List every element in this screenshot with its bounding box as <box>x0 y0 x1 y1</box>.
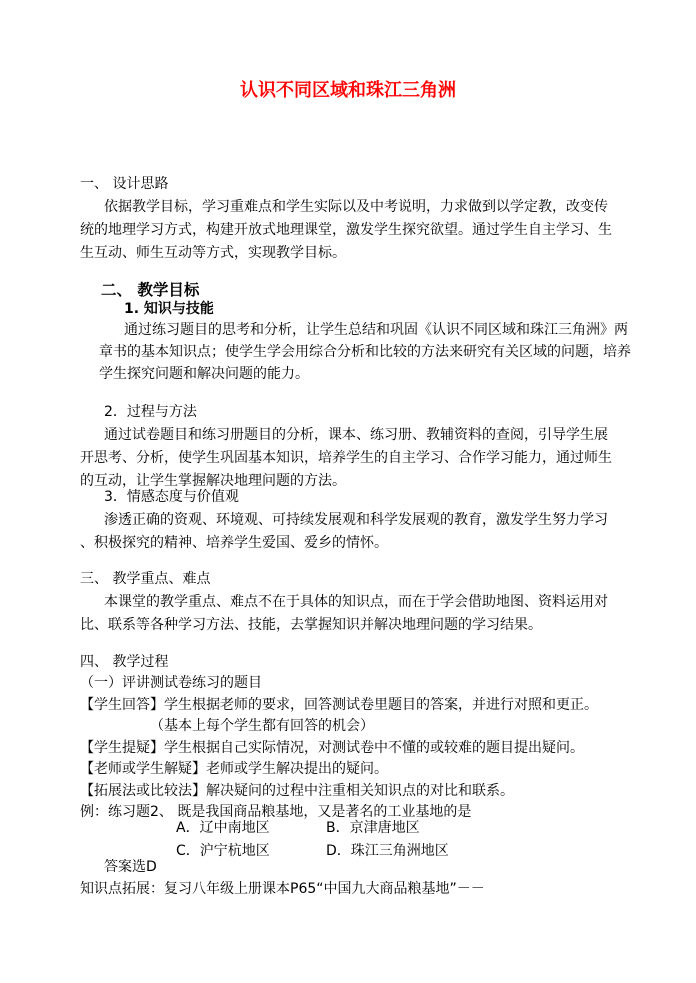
answer-line: 答案选D <box>104 856 157 879</box>
section-2-sub2-heading: 2．过程与方法 <box>104 401 197 424</box>
section-4-line-4: 【老师或学生解疑】老师或学生解决提出的疑问。 <box>80 758 388 781</box>
section-2-sub1-line-3: 学生探究问题和解决问题的能力。 <box>99 363 309 386</box>
document-page: 认识不同区域和珠江三角洲 一、 设计思路 依据教学目标，学习重难点和学生实际以及… <box>0 0 696 983</box>
option-a: A．辽中南地区 <box>176 817 270 837</box>
section-2-sub1-line-1: 通过练习题目的思考和分析，让学生总结和巩固《认识不同区域和珠江三角洲》两 <box>124 319 628 342</box>
section-1-heading: 一、 设计思路 <box>80 173 168 196</box>
knowledge-extension: 知识点拓展：复习八年级上册课本P65“中国九大商品粮基地”－－ <box>80 878 485 901</box>
section-4-line-3: 【学生提疑】学生根据自己实际情况，对测试卷中不懂的或较难的题目提出疑问。 <box>80 737 584 760</box>
option-d: D．珠江三角洲地区 <box>326 840 449 860</box>
option-b: B．京津唐地区 <box>326 817 420 837</box>
section-4-heading: 四、 教学过程 <box>80 651 168 674</box>
section-3-heading: 三、 教学重点、难点 <box>80 568 210 591</box>
section-4-line-2: （基本上每个学生都有回答的机会） <box>150 715 374 738</box>
section-4-line-5: 【拓展法或比较法】解决疑问的过程中注重相关知识点的对比和联系。 <box>80 780 514 803</box>
section-2-sub3-heading: 3．情感态度与价值观 <box>104 486 239 509</box>
section-1-line-2: 统的地理学习方式，构建开放式地理课堂，激发学生探究欲望。通过学生自主学习、生 <box>80 219 612 242</box>
section-1-line-1: 依据教学目标，学习重难点和学生实际以及中考说明，力求做到以学定教，改变传 <box>104 196 608 219</box>
section-4-line-1: 【学生回答】学生根据老师的要求，回答测试卷里题目的答案，并进行对照和更正。 <box>80 694 598 717</box>
section-3-line-2: 比、联系等各种学习方法、技能，去掌握知识并解决地理问题的学习结果。 <box>80 614 542 637</box>
section-1-line-3: 生互动、师生互动等方式，实现教学目标。 <box>80 242 346 265</box>
section-2-sub3-line-2: 、积极探究的精神、培养学生爱国、爱乡的情怀。 <box>80 532 388 555</box>
document-title: 认识不同区域和珠江三角洲 <box>0 76 696 102</box>
section-2-sub1-heading: 1. 知识与技能 <box>124 298 214 321</box>
section-4-sub1-heading: （一）评讲测试卷练习的题目 <box>80 672 262 695</box>
option-c: C．沪宁杭地区 <box>176 840 270 860</box>
section-2-sub2-line-2: 开思考、分析，使学生巩固基本知识，培养学生的自主学习、合作学习能力，通过师生 <box>80 447 612 470</box>
section-2-sub1-line-2: 章书的基本知识点；使学生学会用综合分析和比较的方法来研究有关区域的问题，培养 <box>99 341 631 364</box>
section-2-sub2-line-1: 通过试卷题目和练习册题目的分析，课本、练习册、教辅资料的查阅，引导学生展 <box>104 424 608 447</box>
section-2-sub3-line-1: 渗透正确的资观、环境观、可持续发展观和科学发展观的教育，激发学生努力学习 <box>104 509 608 532</box>
section-3-line-1: 本课堂的教学重点、难点不在于具体的知识点，而在于学会借助地图、资料运用对 <box>104 591 608 614</box>
